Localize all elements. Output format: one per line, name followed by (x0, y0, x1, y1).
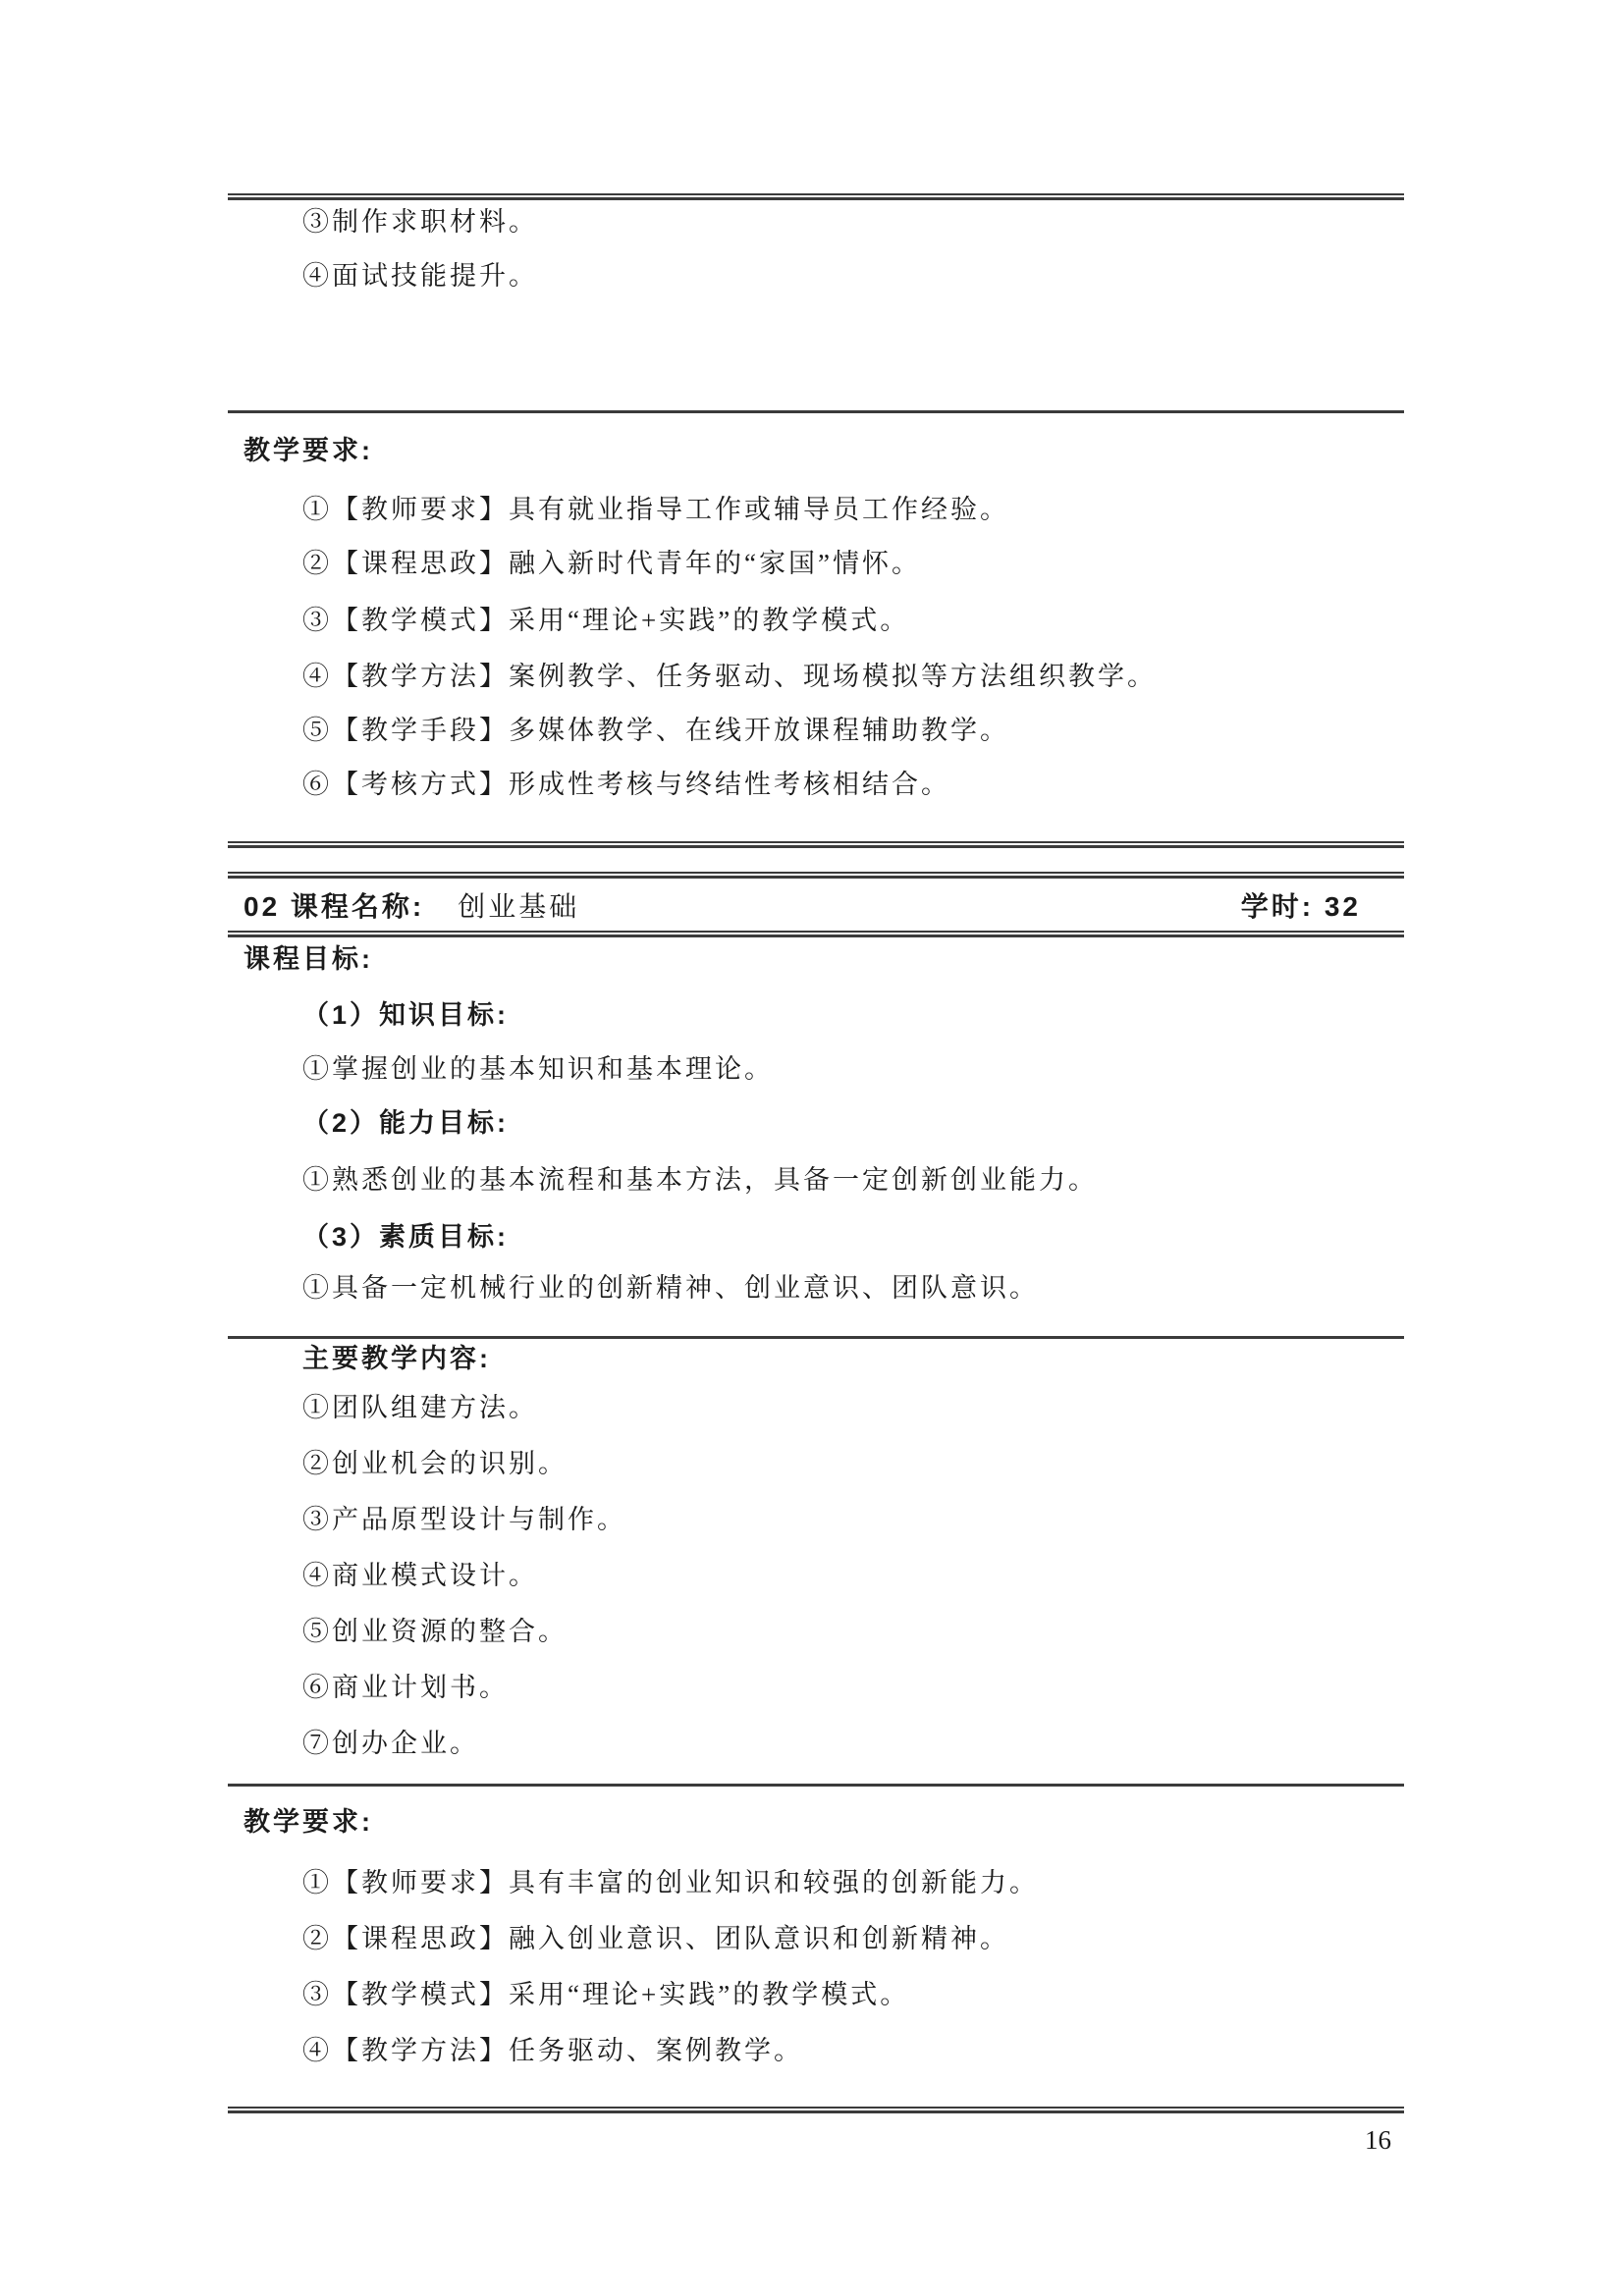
row-divider (228, 410, 1404, 413)
list-item: ④商业模式设计。 (228, 1562, 1404, 1589)
table-top-double-border (228, 193, 1404, 200)
course-objectives-section: 课程目标: （1）知识目标: ①掌握创业的基本知识和基本理论。 （2）能力目标:… (228, 945, 1404, 1336)
list-item: ④【教学方法】任务驱动、案例教学。 (228, 2037, 1404, 2064)
course-table-02: 02 课程名称: 创业基础 学时: 32 课程目标: （1）知识目标: ①掌握创… (228, 872, 1404, 2113)
list-item: ⑥【考核方式】形成性考核与终结性考核相结合。 (228, 771, 1404, 798)
subsection-heading: （2）能力目标: (228, 1109, 1404, 1137)
table-bottom-double-border (228, 841, 1404, 848)
course-header-row: 02 课程名称: 创业基础 学时: 32 (228, 879, 1404, 931)
section-heading: 课程目标: (228, 945, 1404, 973)
list-item: ①熟悉创业的基本流程和基本方法，具备一定创新创业能力。 (228, 1166, 1404, 1194)
subsection-heading: （3）素质目标: (228, 1223, 1404, 1251)
list-item: ③制作求职材料。 (228, 208, 1404, 236)
list-item: ⑦创办企业。 (228, 1730, 1404, 1757)
list-item: ⑤创业资源的整合。 (228, 1618, 1404, 1645)
course-number-label: 02 课程名称: (244, 885, 424, 925)
document-page: ③制作求职材料。 ④面试技能提升。 教学要求: ①【教师要求】具有就业指导工作或… (0, 0, 1624, 2296)
teaching-requirements-section: 教学要求: ①【教师要求】具有丰富的创业知识和较强的创新能力。 ②【课程思政】融… (228, 1808, 1404, 2107)
list-item: ③【教学模式】采用“理论+实践”的教学模式。 (228, 1981, 1404, 2008)
course-title: 02 课程名称: 创业基础 (244, 885, 579, 925)
list-item: ⑤【教学手段】多媒体教学、在线开放课程辅助教学。 (228, 717, 1404, 744)
list-item: ①具备一定机械行业的创新精神、创业意识、团队意识。 (228, 1274, 1404, 1302)
list-item: ④面试技能提升。 (228, 262, 1404, 290)
section-heading: 教学要求: (228, 437, 1404, 464)
list-item: ①【教师要求】具有丰富的创业知识和较强的创新能力。 (228, 1869, 1404, 1896)
list-item: ①掌握创业的基本知识和基本理论。 (228, 1055, 1404, 1083)
teaching-content-section: 主要教学内容: ①团队组建方法。 ②创业机会的识别。 ③产品原型设计与制作。 ④… (228, 1345, 1404, 1784)
row-divider (228, 1784, 1404, 1787)
list-item: ⑥商业计划书。 (228, 1674, 1404, 1701)
list-item: ③【教学模式】采用“理论+实践”的教学模式。 (228, 607, 1404, 634)
section-heading: 主要教学内容: (228, 1345, 1404, 1372)
course-name: 创业基础 (458, 885, 579, 925)
subsection-heading: （1）知识目标: (228, 1001, 1404, 1029)
teaching-requirements-row: 教学要求: ①【教师要求】具有就业指导工作或辅导员工作经验。 ②【课程思政】融入… (228, 437, 1404, 841)
list-item: ④【教学方法】案例教学、任务驱动、现场模拟等方法组织教学。 (228, 663, 1404, 690)
header-bottom-double-border (228, 931, 1404, 937)
list-item: ②创业机会的识别。 (228, 1450, 1404, 1477)
course-table-previous: ③制作求职材料。 ④面试技能提升。 教学要求: ①【教师要求】具有就业指导工作或… (228, 193, 1404, 848)
course-hours: 学时: 32 (1241, 885, 1361, 925)
section-heading: 教学要求: (228, 1808, 1404, 1836)
list-item: ②【课程思政】融入创业意识、团队意识和创新精神。 (228, 1925, 1404, 1952)
content-row: ③制作求职材料。 ④面试技能提升。 (228, 208, 1404, 410)
table-bottom-double-border (228, 2107, 1404, 2113)
table-top-double-border (228, 872, 1404, 879)
list-item: ①团队组建方法。 (228, 1394, 1404, 1421)
list-item: ③产品原型设计与制作。 (228, 1506, 1404, 1533)
row-divider (228, 1336, 1404, 1339)
list-item: ①【教师要求】具有就业指导工作或辅导员工作经验。 (228, 496, 1404, 523)
list-item: ②【课程思政】融入新时代青年的“家国”情怀。 (228, 550, 1404, 577)
page-number: 16 (1365, 2125, 1391, 2156)
